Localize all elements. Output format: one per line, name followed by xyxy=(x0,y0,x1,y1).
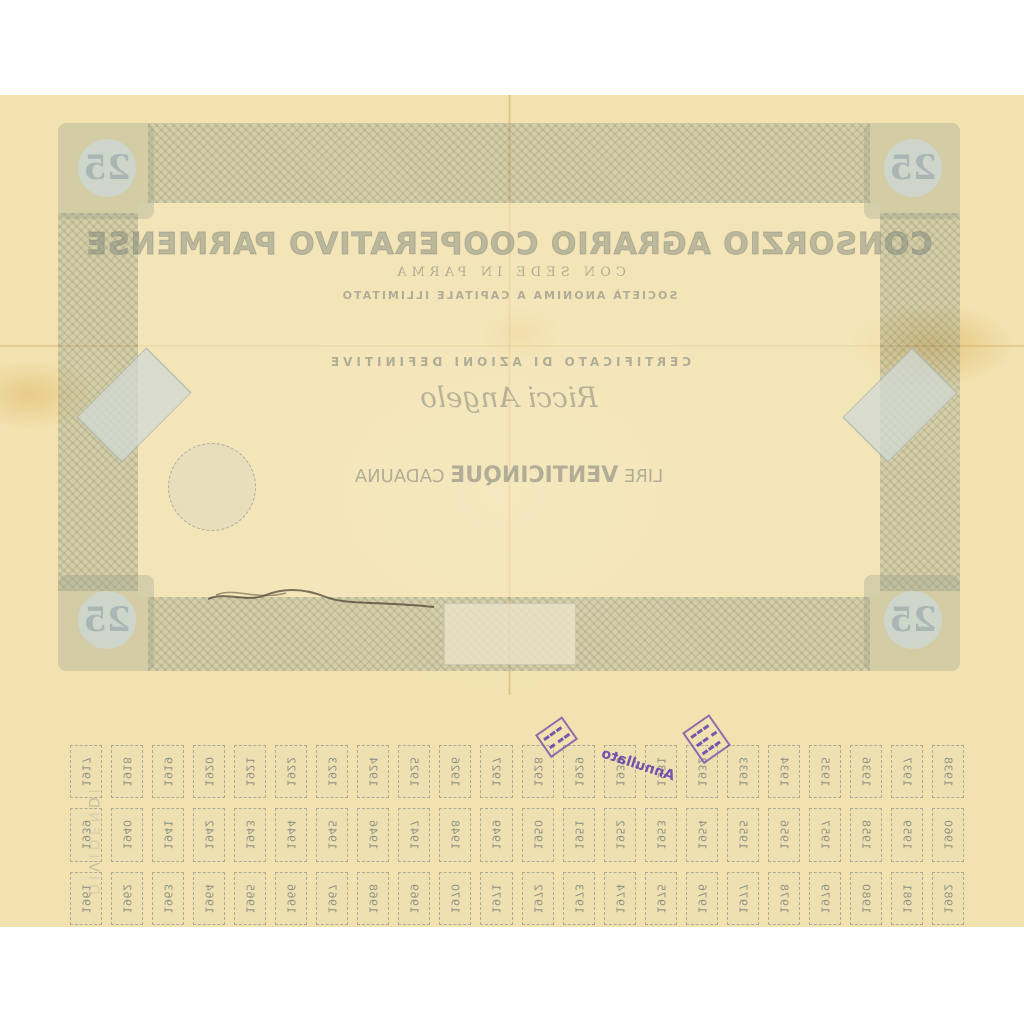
coupon-year: 1974 xyxy=(613,883,626,913)
holder-name: Ricci Angelo xyxy=(58,381,960,414)
dividend-coupon: 1952 xyxy=(604,808,636,861)
coupon-year: 1945 xyxy=(326,820,339,850)
coupon-year: 1938 xyxy=(941,757,954,787)
coupon-year: 1946 xyxy=(367,820,380,850)
coupon-year: 1960 xyxy=(941,820,954,850)
coupon-year: 1921 xyxy=(244,757,257,787)
dividend-coupon: 1981 xyxy=(891,872,923,925)
coupon-year: 1929 xyxy=(572,757,585,787)
dividend-coupon: 1920 xyxy=(193,745,225,798)
coupon-year: 1920 xyxy=(203,757,216,787)
certificate-paper: 25 25 25 25 CONSORZIO AGRARIO COOPERATIV… xyxy=(0,95,1024,927)
dividend-coupon: 1977 xyxy=(727,872,759,925)
company-city: CON SEDE IN PARMA xyxy=(58,265,960,280)
dividend-coupon: 1949 xyxy=(480,808,512,861)
coupon-year: 1950 xyxy=(531,820,544,850)
dividend-coupon: 1918 xyxy=(111,745,143,798)
amount-prefix: LIRE xyxy=(624,466,663,487)
dividend-coupon: 1948 xyxy=(439,808,471,861)
corner-ornament-bottom-right: 25 xyxy=(864,575,960,671)
dividend-coupon: 1964 xyxy=(193,872,225,925)
coupon-year: 1966 xyxy=(285,883,298,913)
dividend-coupon: 1959 xyxy=(891,808,923,861)
dividend-coupon: 1943 xyxy=(234,808,266,861)
coupon-year: 1917 xyxy=(80,757,93,787)
dividend-coupon: 1961 xyxy=(70,872,102,925)
coupon-year: 1941 xyxy=(162,820,175,850)
coupon-year: 1971 xyxy=(490,883,503,913)
dividend-coupon: 1936 xyxy=(850,745,882,798)
coupon-year: 1976 xyxy=(695,883,708,913)
company-name: CONSORZIO AGRARIO COOPERATIVO PARMENSE xyxy=(58,227,960,262)
dividend-coupon: 1965 xyxy=(234,872,266,925)
coupon-year: 1954 xyxy=(695,820,708,850)
coupon-year: 1918 xyxy=(121,757,134,787)
corner-ornament-bottom-left: 25 xyxy=(58,575,154,671)
coupon-year: 1970 xyxy=(449,883,462,913)
dividend-coupon: 1982 xyxy=(932,872,964,925)
coupon-year: 1919 xyxy=(162,757,175,787)
coupon-year: 1963 xyxy=(162,883,175,913)
dividend-coupon: 1945 xyxy=(316,808,348,861)
dividend-coupon: 1947 xyxy=(398,808,430,861)
coupon-year: 1942 xyxy=(203,820,216,850)
dividend-coupon: 1974 xyxy=(604,872,636,925)
dividend-coupon: 1976 xyxy=(686,872,718,925)
denomination-numeral: 25 xyxy=(884,591,942,649)
dividend-coupon: 1927 xyxy=(480,745,512,798)
coupon-year: 1978 xyxy=(777,883,790,913)
dividend-coupon: 1975 xyxy=(645,872,677,925)
dividend-coupon: 1939 xyxy=(70,808,102,861)
denomination-numeral: 25 xyxy=(884,139,942,197)
coupon-year: 1936 xyxy=(859,757,872,787)
dividend-coupon: 1934 xyxy=(768,745,800,798)
coupon-year: 1973 xyxy=(572,883,585,913)
dividend-coupon: 1917 xyxy=(70,745,102,798)
dividend-coupon: 1929 xyxy=(563,745,595,798)
coupon-year: 1957 xyxy=(818,820,831,850)
dividend-coupon: 1919 xyxy=(152,745,184,798)
dividend-coupon: 1955 xyxy=(727,808,759,861)
printed-notice-box xyxy=(444,603,576,665)
dividend-coupon: 1966 xyxy=(275,872,307,925)
dividend-coupon: 1946 xyxy=(357,808,389,861)
dividend-coupon: 1963 xyxy=(152,872,184,925)
dividend-coupon: 1962 xyxy=(111,872,143,925)
certificate-title: CERTIFICATO DI AZIONI DEFINITIVE xyxy=(58,355,960,369)
coupon-year: 1928 xyxy=(531,757,544,787)
coupon-year: 1981 xyxy=(900,883,913,913)
dividend-coupon: 1922 xyxy=(275,745,307,798)
coupon-year: 1975 xyxy=(654,883,667,913)
dividend-coupons-grid: 1917191819191920192119221923192419251926… xyxy=(70,745,964,925)
dividend-coupon: 1937 xyxy=(891,745,923,798)
amount-words: VENTICINQUE xyxy=(450,463,618,488)
coupon-year: 1939 xyxy=(80,820,93,850)
coupon-year: 1956 xyxy=(777,820,790,850)
dividend-coupon: 1933 xyxy=(727,745,759,798)
dividend-coupon: 1958 xyxy=(850,808,882,861)
coupon-year: 1947 xyxy=(408,820,421,850)
coupon-year: 1948 xyxy=(449,820,462,850)
dividend-coupon: 1940 xyxy=(111,808,143,861)
coupon-year: 1977 xyxy=(736,883,749,913)
dividend-coupon: 1956 xyxy=(768,808,800,861)
dividend-coupon: 1925 xyxy=(398,745,430,798)
coupon-year: 1982 xyxy=(941,883,954,913)
dividend-coupon: 1979 xyxy=(809,872,841,925)
coupon-year: 1952 xyxy=(613,820,626,850)
coupon-year: 1958 xyxy=(859,820,872,850)
coupon-year: 1969 xyxy=(408,883,421,913)
amount-suffix: CADAUNA xyxy=(355,466,445,487)
embossed-seal xyxy=(168,443,256,531)
border-top xyxy=(148,123,870,203)
coupon-year: 1972 xyxy=(531,883,544,913)
coupon-year: 1967 xyxy=(326,883,339,913)
coupon-year: 1933 xyxy=(736,757,749,787)
dividend-coupon: 1926 xyxy=(439,745,471,798)
coupon-year: 1927 xyxy=(490,757,503,787)
denomination-numeral: 25 xyxy=(78,139,136,197)
coupon-year: 1968 xyxy=(367,883,380,913)
coupon-year: 1924 xyxy=(367,757,380,787)
coupon-year: 1953 xyxy=(654,820,667,850)
coupon-year: 1962 xyxy=(121,883,134,913)
dividend-coupon: 1921 xyxy=(234,745,266,798)
society-type: SOCIETÀ ANONIMA A CAPITALE ILLIMITATO xyxy=(58,289,960,302)
coupon-year: 1959 xyxy=(900,820,913,850)
dividend-coupon: 1941 xyxy=(152,808,184,861)
coupon-year: 1935 xyxy=(818,757,831,787)
corner-ornament-top-left: 25 xyxy=(58,123,154,219)
dividend-coupon: 1923 xyxy=(316,745,348,798)
dividend-coupon: 1951 xyxy=(563,808,595,861)
coupon-year: 1965 xyxy=(244,883,257,913)
dividend-coupon: 1971 xyxy=(480,872,512,925)
dividend-coupon: 1967 xyxy=(316,872,348,925)
coupon-year: 1940 xyxy=(121,820,134,850)
coupon-year: 1961 xyxy=(80,883,93,913)
dividend-coupon: 1969 xyxy=(398,872,430,925)
coupon-year: 1955 xyxy=(736,820,749,850)
coupon-year: 1951 xyxy=(572,820,585,850)
dividend-coupon: 1953 xyxy=(645,808,677,861)
dividend-coupon: 1938 xyxy=(932,745,964,798)
dividend-coupon: 1950 xyxy=(522,808,554,861)
coupon-year: 1926 xyxy=(449,757,462,787)
dividend-coupon: 1968 xyxy=(357,872,389,925)
dividend-coupon: 1944 xyxy=(275,808,307,861)
dividend-coupon: 1972 xyxy=(522,872,554,925)
dividend-coupon: 1970 xyxy=(439,872,471,925)
coupon-year: 1937 xyxy=(900,757,913,787)
dividend-coupon: 1924 xyxy=(357,745,389,798)
dividend-coupon: 1978 xyxy=(768,872,800,925)
coupon-year: 1923 xyxy=(326,757,339,787)
denomination-numeral: 25 xyxy=(78,591,136,649)
coupon-year: 1922 xyxy=(285,757,298,787)
coupon-year: 1934 xyxy=(777,757,790,787)
certificate-frame: 25 25 25 25 CONSORZIO AGRARIO COOPERATIV… xyxy=(58,123,960,671)
dividend-coupon: 1960 xyxy=(932,808,964,861)
coupon-year: 1980 xyxy=(859,883,872,913)
dividend-coupon: 1954 xyxy=(686,808,718,861)
dividend-coupon: 1973 xyxy=(563,872,595,925)
corner-ornament-top-right: 25 xyxy=(864,123,960,219)
coupon-year: 1949 xyxy=(490,820,503,850)
dividend-coupon: 1935 xyxy=(809,745,841,798)
dividend-coupon: 1957 xyxy=(809,808,841,861)
coupon-year: 1943 xyxy=(244,820,257,850)
coupon-year: 1979 xyxy=(818,883,831,913)
coupon-year: 1964 xyxy=(203,883,216,913)
signature xyxy=(206,581,436,611)
dividend-coupon: 1942 xyxy=(193,808,225,861)
coupon-year: 1944 xyxy=(285,820,298,850)
coupon-year: 1925 xyxy=(408,757,421,787)
dividend-coupon: 1980 xyxy=(850,872,882,925)
